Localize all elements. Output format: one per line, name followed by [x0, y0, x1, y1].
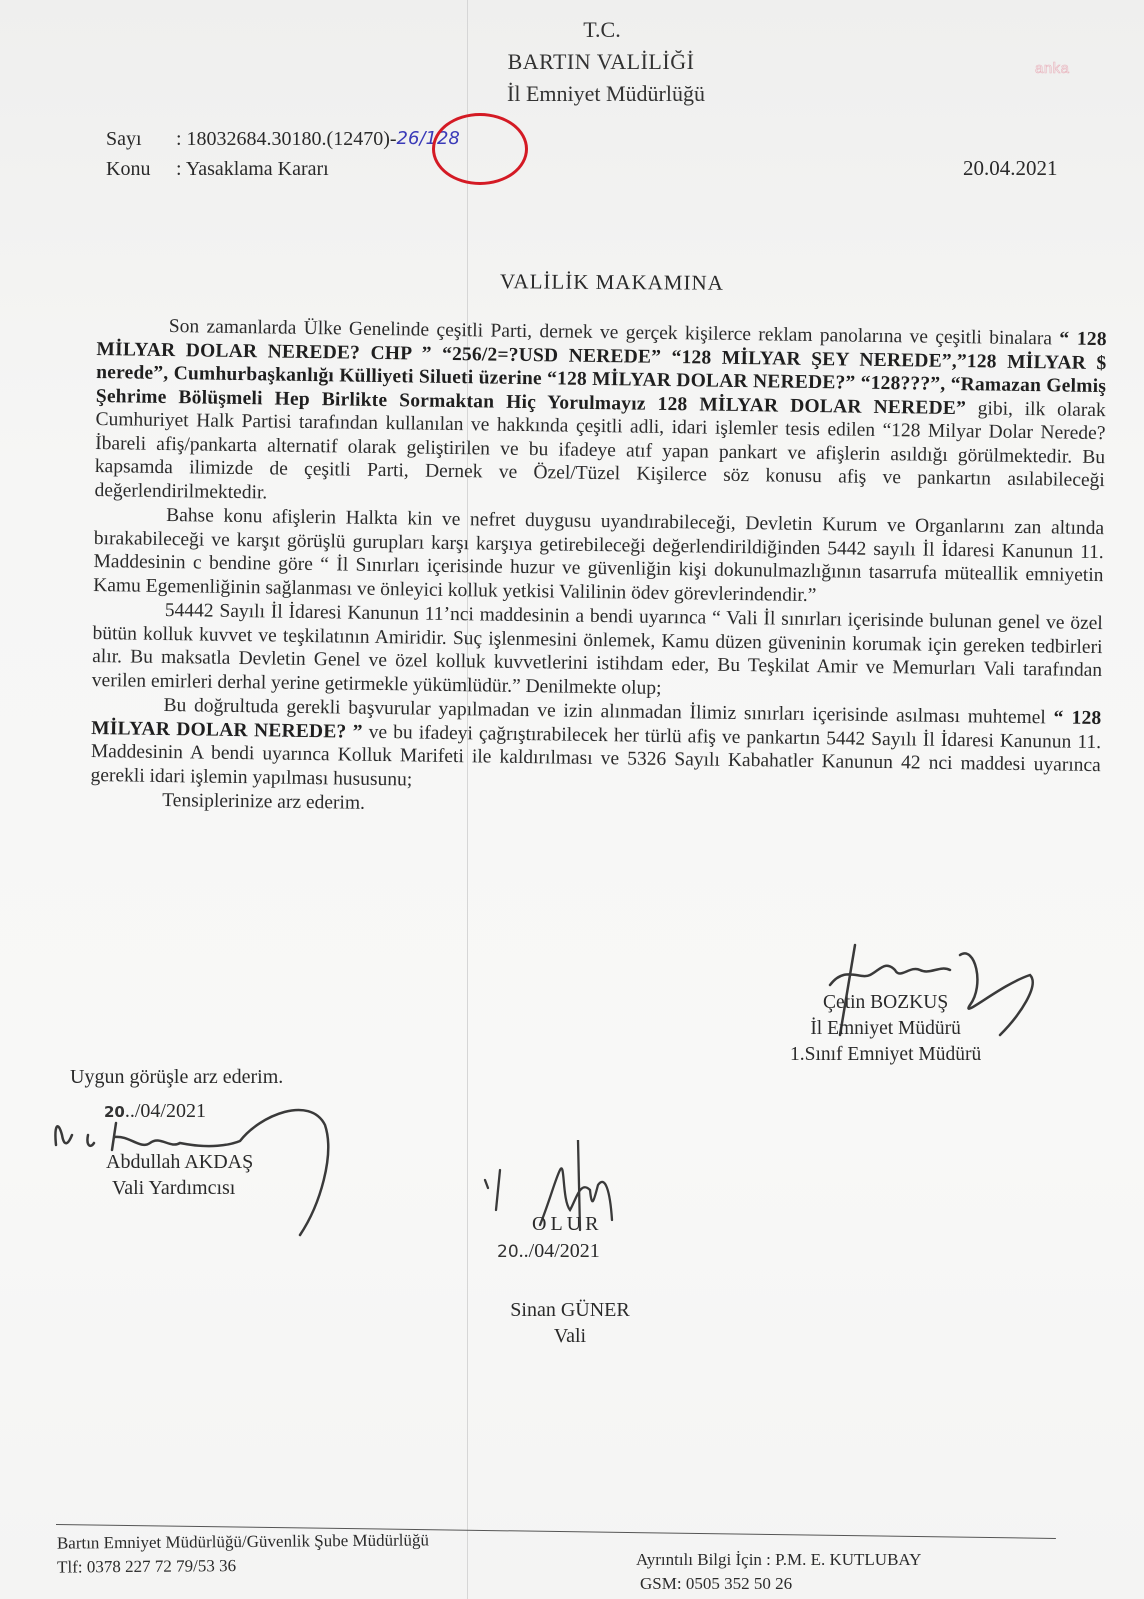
- red-circle-mark: [432, 113, 528, 185]
- konu-row: Konu : Yasaklama Kararı: [106, 154, 460, 184]
- letterhead-line-2: BARTIN VALİLİĞİ: [0, 46, 1144, 78]
- addressee: VALİLİK MAKAMINA: [500, 269, 724, 296]
- footer-phone: Tlf: 0378 227 72 79/53 36: [57, 1552, 429, 1579]
- olur-label: OLUR: [532, 1213, 602, 1236]
- police-chief-title-1: İl Emniyet Müdürü: [790, 1016, 981, 1042]
- footer-info-contact: Ayrıntılı Bilgi İçin : P.M. E. KUTLUBAY: [636, 1548, 921, 1572]
- document-page: anka T.C. BARTIN VALİLİĞİ İl Emniyet Müd…: [0, 0, 1144, 1599]
- deputy-date-printed: ../04/2021: [125, 1100, 206, 1122]
- footer-department: Bartın Emniyet Müdürlüğü/Güvenlik Şube M…: [57, 1528, 429, 1555]
- letter-body: Son zamanlarda Ülke Genelinde çeşitli Pa…: [90, 314, 1107, 827]
- paragraph-2: Bahse konu afişlerin Halkta kin ve nefre…: [93, 503, 1104, 611]
- deputy-governor-block: 20../04/2021 Abdullah AKDAŞ Vali Yardımc…: [96, 1098, 253, 1201]
- police-chief-title-2: 1.Sınıf Emniyet Müdürü: [790, 1042, 981, 1068]
- governor-date-handwritten: 20: [497, 1242, 519, 1262]
- letterhead: T.C. BARTIN VALİLİĞİ İl Emniyet Müdürlüğ…: [0, 14, 1144, 110]
- approval-note: Uygun görüşle arz ederim.: [70, 1066, 283, 1089]
- footer-contact-right: Ayrıntılı Bilgi İçin : P.M. E. KUTLUBAY …: [636, 1548, 921, 1596]
- sayi-value: : 18032684.30180.(12470)-: [176, 124, 397, 154]
- governor-name: Sinan GÜNER: [500, 1297, 640, 1323]
- document-date: 20.04.2021: [963, 156, 1058, 181]
- paragraph-4: Bu doğrultuda gerekli başvurular yapılma…: [90, 693, 1101, 801]
- deputy-date-handwritten: 20: [104, 1103, 125, 1121]
- letterhead-line-3: İl Emniyet Müdürlüğü: [0, 78, 1144, 110]
- sayi-row: Sayı : 18032684.30180.(12470)- 26/128: [106, 124, 460, 154]
- governor-date: 20../04/2021: [497, 1240, 600, 1263]
- deputy-date: 20../04/2021: [104, 1098, 253, 1125]
- document-meta: Sayı : 18032684.30180.(12470)- 26/128 Ko…: [106, 124, 460, 184]
- konu-label: Konu: [106, 154, 176, 184]
- sayi-label: Sayı: [106, 124, 176, 154]
- governor-block: Sinan GÜNER Vali: [500, 1297, 640, 1349]
- governor-title: Vali: [500, 1323, 640, 1349]
- konu-value: : Yasaklama Kararı: [176, 154, 329, 184]
- governor-date-printed: ../04/2021: [519, 1240, 600, 1262]
- paragraph-1: Son zamanlarda Ülke Genelinde çeşitli Pa…: [94, 314, 1107, 516]
- police-chief-name: Çetin BOZKUŞ: [790, 990, 981, 1016]
- letterhead-line-1: T.C.: [0, 14, 1144, 46]
- footer-gsm: GSM: 0505 352 50 26: [636, 1572, 921, 1596]
- deputy-name: Abdullah AKDAŞ: [96, 1149, 253, 1175]
- police-chief-block: Çetin BOZKUŞ İl Emniyet Müdürü 1.Sınıf E…: [790, 990, 981, 1068]
- footer-contact-left: Bartın Emniyet Müdürlüğü/Güvenlik Şube M…: [57, 1528, 429, 1579]
- deputy-title: Vali Yardımcısı: [96, 1175, 253, 1201]
- paragraph-3: 54442 Sayılı İl İdaresi Kanunun 11’nci m…: [92, 598, 1103, 706]
